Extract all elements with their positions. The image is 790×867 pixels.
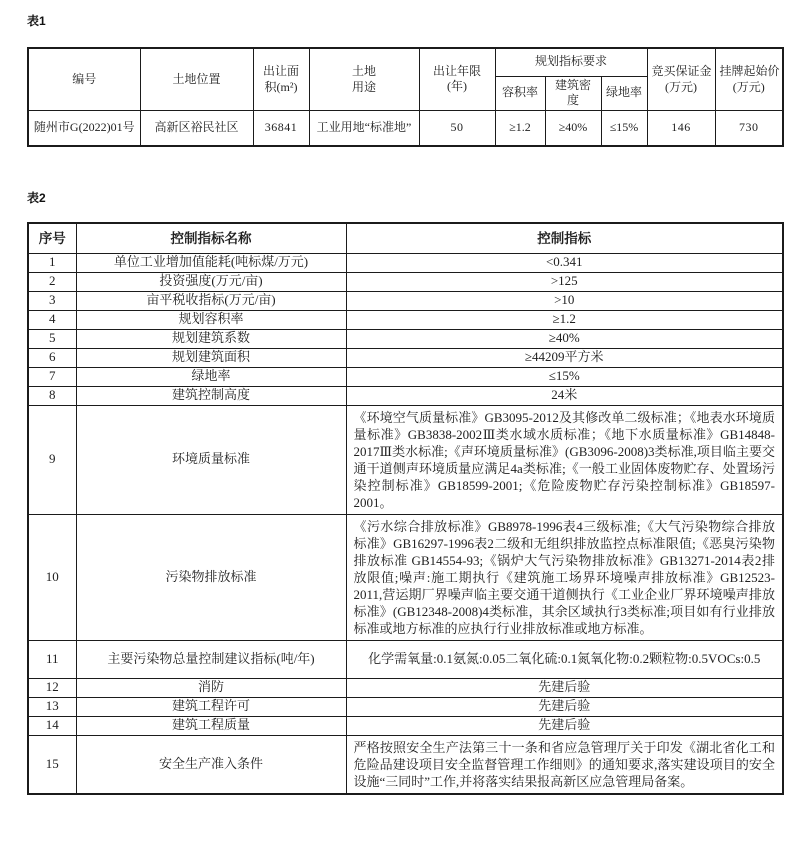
table-row: 随州市G(2022)01号 高新区裕民社区 36841 工业用地“标准地” 50…: [28, 110, 783, 146]
cell-land-location: 高新区裕民社区: [140, 110, 253, 146]
th-starting-price: 挂牌起始价 (万元): [715, 48, 783, 110]
cell-value: ≤15%: [346, 367, 783, 386]
cell-no: 14: [28, 716, 76, 735]
th-indicator-name: 控制指标名称: [76, 223, 346, 253]
table-row: 5 规划建筑系数 ≥40%: [28, 329, 783, 348]
cell-transfer-term: 50: [419, 110, 495, 146]
th-floor-area-ratio: 容积率: [495, 76, 545, 110]
cell-name: 安全生产准入条件: [76, 735, 346, 794]
cell-bid-deposit: 146: [647, 110, 715, 146]
cell-starting-price: 730: [715, 110, 783, 146]
th-building-density: 建筑密度: [545, 76, 601, 110]
th-indicator-value: 控制指标: [346, 223, 783, 253]
table-row: 14 建筑工程质量 先建后验: [28, 716, 783, 735]
cell-name: 绿地率: [76, 367, 346, 386]
cell-no: 12: [28, 678, 76, 697]
cell-no: 15: [28, 735, 76, 794]
cell-land-use: 工业用地“标准地”: [309, 110, 419, 146]
cell-no: 9: [28, 405, 76, 514]
cell-no: 4: [28, 310, 76, 329]
cell-name: 单位工业增加值能耗(吨标煤/万元): [76, 253, 346, 272]
cell-name: 环境质量标准: [76, 405, 346, 514]
land-listing-table: 编号 土地位置 出让面 积(m²) 土地 用途 出让年限(年) 规划指标要求 竞…: [27, 47, 784, 147]
th-transfer-area: 出让面 积(m²): [253, 48, 309, 110]
cell-value: ≥1.2: [346, 310, 783, 329]
cell-value: 《污水综合排放标准》GB8978-1996表4三级标准;《大气污染物综合排放标准…: [346, 514, 783, 640]
cell-name: 亩平税收指标(万元/亩): [76, 291, 346, 310]
cell-value: 严格按照安全生产法第三十一条和省应急管理厅关于印发《湖北省化工和危险品建设项目安…: [346, 735, 783, 794]
cell-name: 规划建筑面积: [76, 348, 346, 367]
cell-no: 3: [28, 291, 76, 310]
th-planning-requirements: 规划指标要求: [495, 48, 647, 76]
cell-name: 规划建筑系数: [76, 329, 346, 348]
cell-value: 《环境空气质量标准》GB3095-2012及其修改单二级标准；《地表水环境质量标…: [346, 405, 783, 514]
table2-label: 表2: [27, 189, 782, 206]
cell-name: 消防: [76, 678, 346, 697]
cell-value: ≥44209平方米: [346, 348, 783, 367]
cell-value: 先建后验: [346, 716, 783, 735]
cell-no: 1: [28, 253, 76, 272]
th-land-location: 土地位置: [140, 48, 253, 110]
cell-name: 建筑工程质量: [76, 716, 346, 735]
cell-floor-area-ratio: ≥1.2: [495, 110, 545, 146]
cell-value: 先建后验: [346, 678, 783, 697]
control-indicators-table: 序号 控制指标名称 控制指标 1 单位工业增加值能耗(吨标煤/万元) <0.34…: [27, 222, 784, 795]
cell-no: 8: [28, 386, 76, 405]
table1-label: 表1: [27, 12, 782, 29]
th-green-ratio: 绿地率: [601, 76, 647, 110]
cell-value: 24米: [346, 386, 783, 405]
table-row: 13 建筑工程许可 先建后验: [28, 697, 783, 716]
cell-name: 投资强度(万元/亩): [76, 272, 346, 291]
th-index: 序号: [28, 223, 76, 253]
th-plot-number: 编号: [28, 48, 140, 110]
table-row: 15 安全生产准入条件 严格按照安全生产法第三十一条和省应急管理厅关于印发《湖北…: [28, 735, 783, 794]
cell-name: 建筑控制高度: [76, 386, 346, 405]
cell-name: 建筑工程许可: [76, 697, 346, 716]
table-row: 2 投资强度(万元/亩) >125: [28, 272, 783, 291]
th-bid-deposit: 竞买保证金 (万元): [647, 48, 715, 110]
cell-no: 10: [28, 514, 76, 640]
cell-no: 5: [28, 329, 76, 348]
th-transfer-term: 出让年限(年): [419, 48, 495, 110]
table-row: 6 规划建筑面积 ≥44209平方米: [28, 348, 783, 367]
table-row: 1 单位工业增加值能耗(吨标煤/万元) <0.341: [28, 253, 783, 272]
cell-no: 11: [28, 640, 76, 678]
cell-name: 污染物排放标准: [76, 514, 346, 640]
table-row: 4 规划容积率 ≥1.2: [28, 310, 783, 329]
table-row: 9 环境质量标准 《环境空气质量标准》GB3095-2012及其修改单二级标准；…: [28, 405, 783, 514]
cell-green-ratio: ≤15%: [601, 110, 647, 146]
cell-name: 规划容积率: [76, 310, 346, 329]
table-row: 10 污染物排放标准 《污水综合排放标准》GB8978-1996表4三级标准;《…: [28, 514, 783, 640]
cell-name: 主要污染物总量控制建议指标(吨/年): [76, 640, 346, 678]
table-row: 12 消防 先建后验: [28, 678, 783, 697]
cell-value: 先建后验: [346, 697, 783, 716]
cell-no: 7: [28, 367, 76, 386]
cell-no: 13: [28, 697, 76, 716]
cell-value: ≥40%: [346, 329, 783, 348]
cell-value: >10: [346, 291, 783, 310]
cell-value: <0.341: [346, 253, 783, 272]
cell-value: >125: [346, 272, 783, 291]
cell-value: 化学需氧量:0.1氨氮:0.05二氧化硫:0.1氮氧化物:0.2颗粒物:0.5V…: [346, 640, 783, 678]
cell-no: 6: [28, 348, 76, 367]
table-row: 8 建筑控制高度 24米: [28, 386, 783, 405]
th-land-use: 土地 用途: [309, 48, 419, 110]
document-page: 表1 编号 土地位置 出让面 积(m²) 土地 用途 出让年限(年) 规划指标要…: [0, 0, 790, 795]
cell-building-density: ≥40%: [545, 110, 601, 146]
table-row: 7 绿地率 ≤15%: [28, 367, 783, 386]
cell-plot-number: 随州市G(2022)01号: [28, 110, 140, 146]
cell-no: 2: [28, 272, 76, 291]
cell-transfer-area: 36841: [253, 110, 309, 146]
table-row: 3 亩平税收指标(万元/亩) >10: [28, 291, 783, 310]
table-row: 11 主要污染物总量控制建议指标(吨/年) 化学需氧量:0.1氨氮:0.05二氧…: [28, 640, 783, 678]
